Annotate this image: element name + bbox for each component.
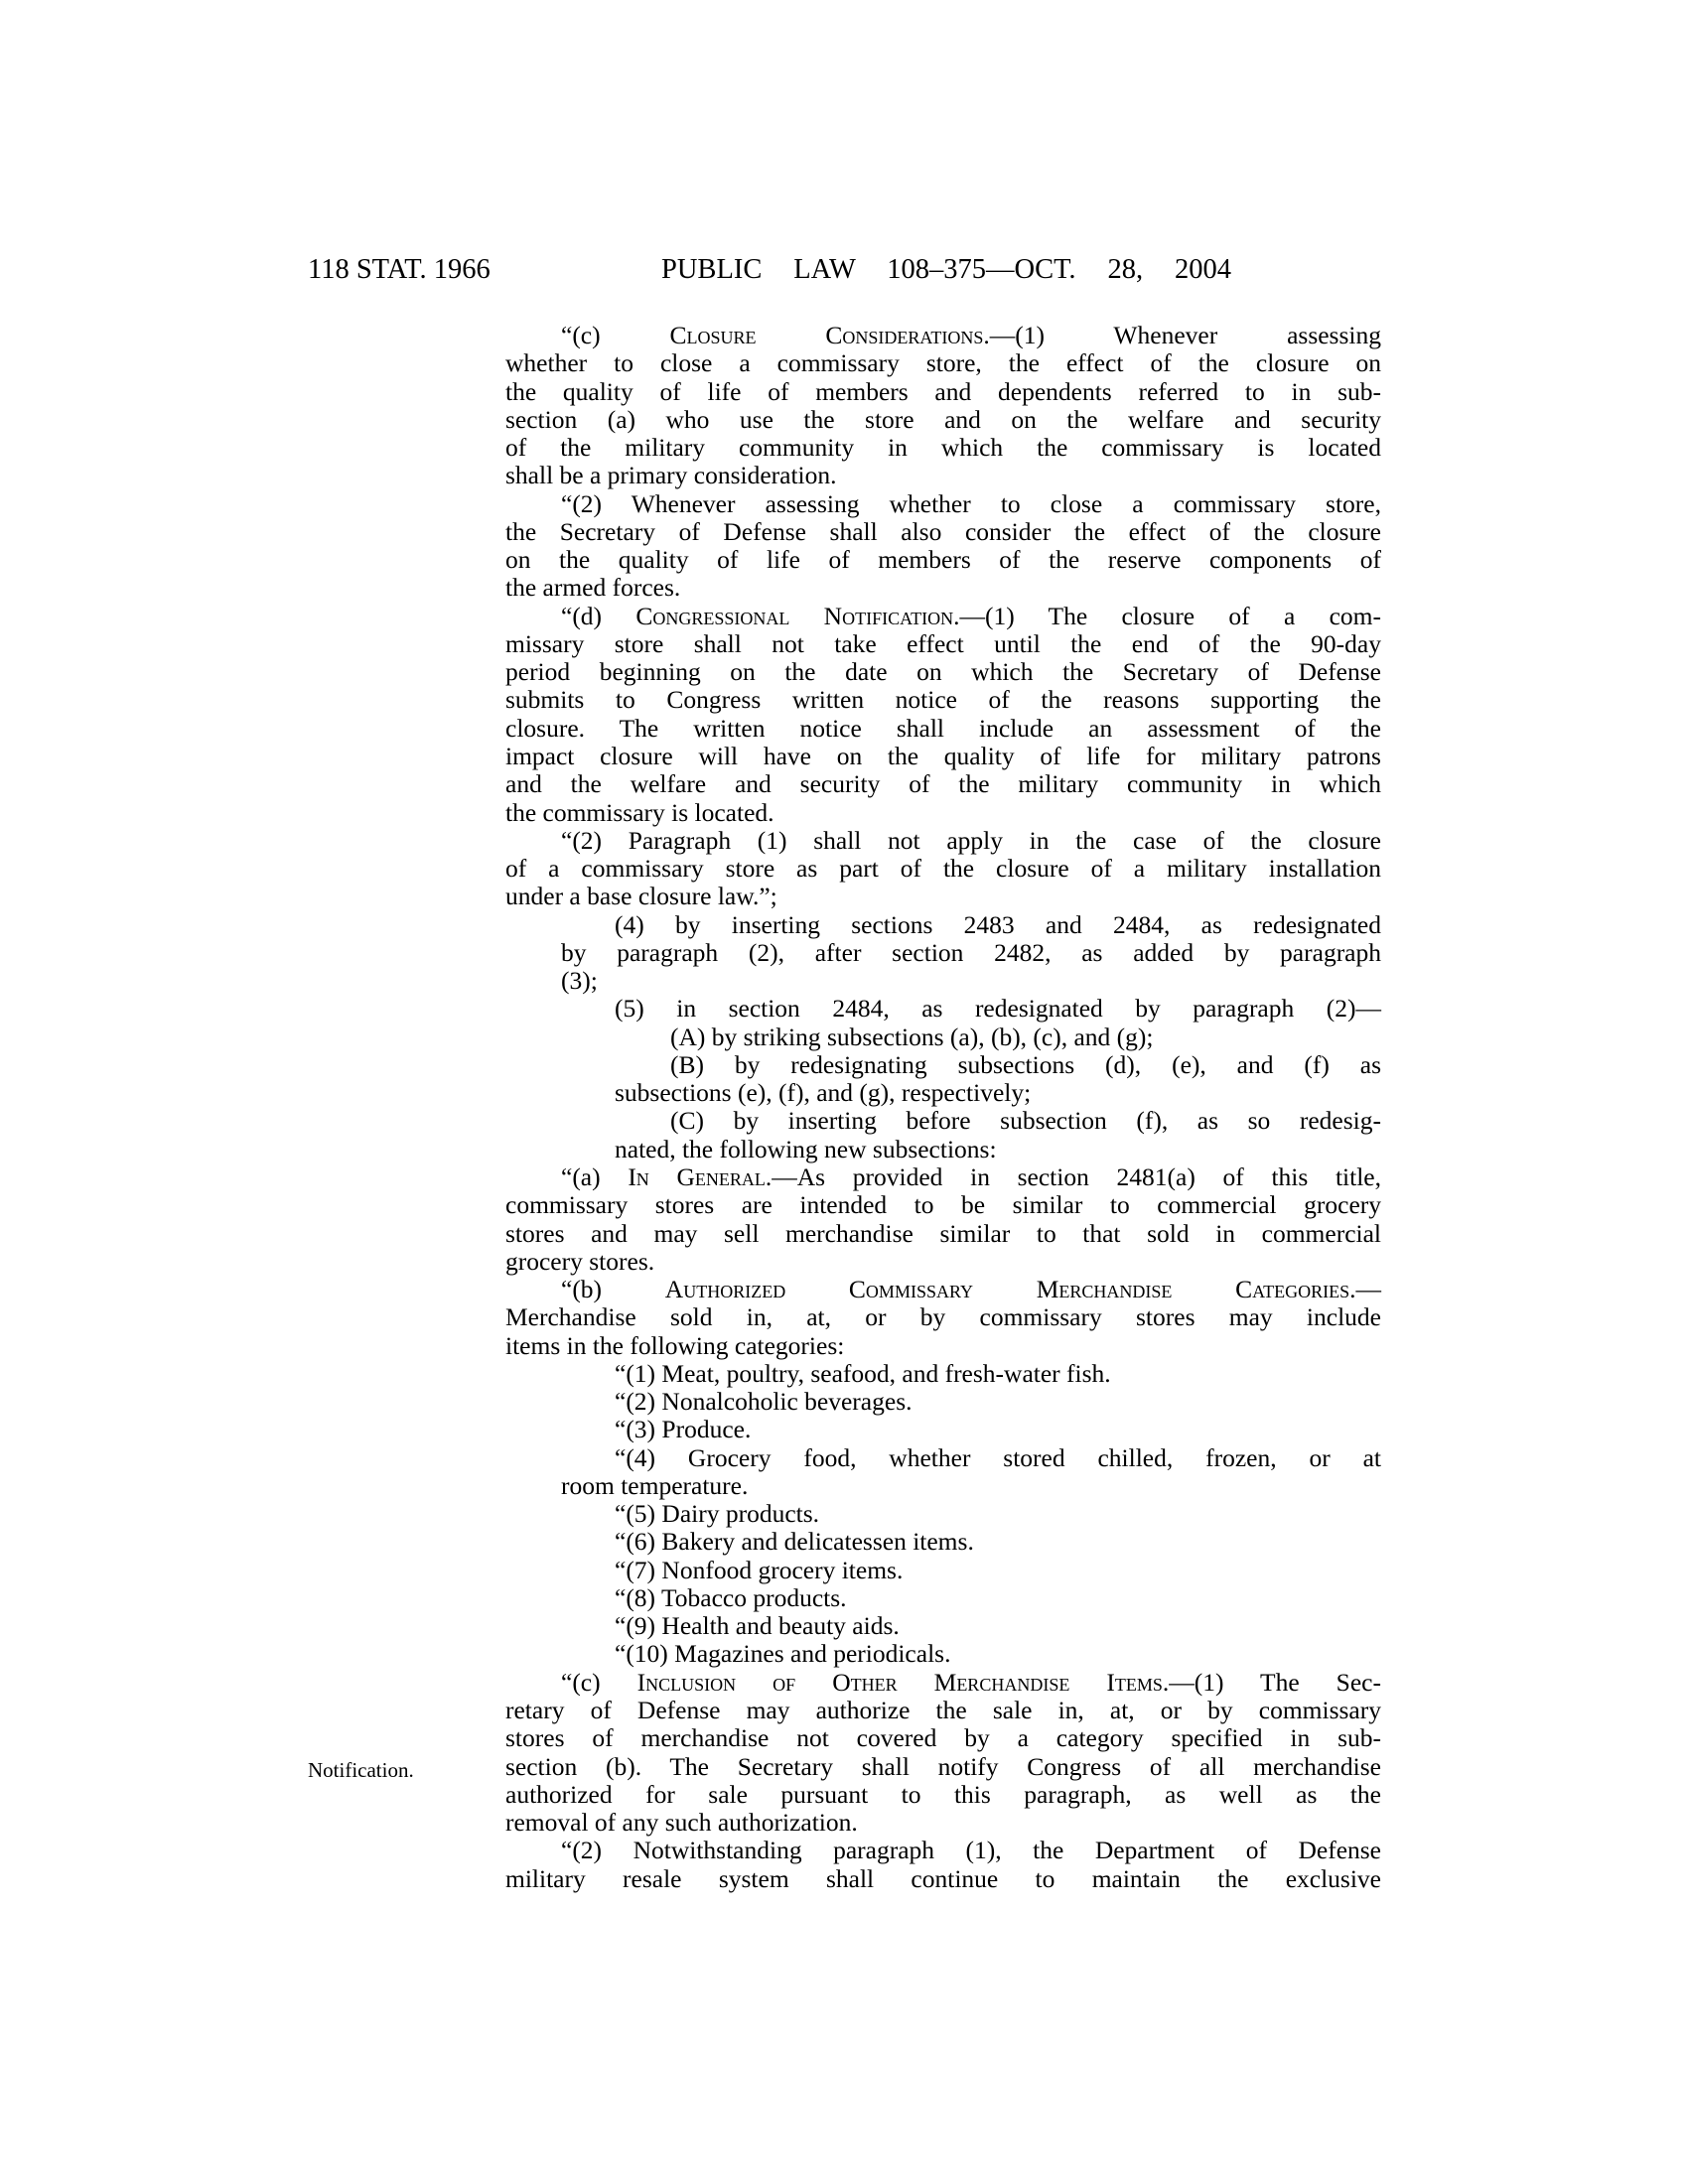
text-line: “(b) Authorized Commissary Merchandise C… (505, 1276, 1381, 1303)
category-list-item: “(6) Bakery and delicatessen items. (561, 1528, 1381, 1556)
text-line: of a commissary store as part of the clo… (505, 855, 1381, 883)
text-line: section (b). The Secretary shall notify … (505, 1753, 1381, 1781)
section-heading-smallcaps: Congressional Notification. (635, 602, 959, 630)
running-head-law-title: PUBLIC LAW 108–375—OCT. 28, 2004 (661, 254, 1231, 286)
text-line: missary store shall not take effect unti… (505, 630, 1381, 658)
statute-body-text: “(c) Closure Considerations.—(1) Wheneve… (0, 322, 1688, 1893)
text-line: (C) by inserting before subsection (f), … (615, 1107, 1381, 1135)
text-line: Merchandise sold in, at, or by commissar… (505, 1303, 1381, 1331)
text-line: military resale system shall continue to… (505, 1865, 1381, 1893)
text-line: section (a) who use the store and on the… (505, 406, 1381, 434)
text-line: retary of Defense may authorize the sale… (505, 1697, 1381, 1724)
line-prefix: “(a) (561, 1162, 628, 1191)
text-line: on the quality of life of members of the… (505, 546, 1381, 574)
statute-page-number: 118 STAT. 1966 (308, 254, 491, 286)
line-prefix: “(b) (561, 1275, 665, 1303)
text-line: under a base closure law.”; (505, 883, 1381, 910)
line-suffix: — (1356, 1275, 1382, 1303)
text-line: subsections (e), (f), and (g), respectiv… (615, 1079, 1381, 1107)
text-line: “(c) Closure Considerations.—(1) Wheneve… (505, 322, 1381, 349)
text-line: “(2) Paragraph (1) shall not apply in th… (505, 827, 1381, 855)
text-line: submits to Congress written notice of th… (505, 686, 1381, 714)
text-line: “(a) In General.—As provided in section … (505, 1163, 1381, 1191)
section-heading-smallcaps: Authorized Commissary Merchandise Catego… (665, 1275, 1356, 1303)
text-line: items in the following categories: (505, 1332, 1381, 1360)
category-list-item: “(2) Nonalcoholic beverages. (561, 1388, 1381, 1416)
text-line: of the military community in which the c… (505, 434, 1381, 462)
category-list-item: “(3) Produce. (561, 1416, 1381, 1443)
document-page: 118 STAT. 1966 PUBLIC LAW 108–375—OCT. 2… (0, 0, 1688, 2184)
text-line: the commissary is located. (505, 799, 1381, 827)
category-list-item: “(4) Grocery food, whether stored chille… (561, 1444, 1381, 1472)
text-line: by paragraph (2), after section 2482, as… (561, 939, 1381, 967)
text-line: shall be a primary consideration. (505, 462, 1381, 489)
text-line: “(c) Inclusion of Other Merchandise Item… (505, 1669, 1381, 1697)
category-list-item: “(1) Meat, poultry, seafood, and fresh-w… (561, 1360, 1381, 1388)
category-list-item: “(10) Magazines and periodicals. (561, 1640, 1381, 1668)
section-heading-smallcaps: In General. (628, 1162, 772, 1191)
text-line: “(2) Whenever assessing whether to close… (505, 490, 1381, 518)
line-suffix: —(1) The Sec- (1169, 1668, 1381, 1697)
text-line: nated, the following new subsections: (615, 1136, 1381, 1163)
text-line: stores and may sell merchandise similar … (505, 1220, 1381, 1248)
text-line: (4) by inserting sections 2483 and 2484,… (561, 911, 1381, 939)
text-line: removal of any such authorization. (505, 1809, 1381, 1837)
text-line: period beginning on the date on which th… (505, 658, 1381, 686)
text-line: the Secretary of Defense shall also cons… (505, 518, 1381, 546)
text-line: closure. The written notice shall includ… (505, 715, 1381, 743)
text-line: commissary stores are intended to be sim… (505, 1191, 1381, 1219)
category-list-item: “(5) Dairy products. (561, 1500, 1381, 1528)
text-line: stores of merchandise not covered by a c… (505, 1724, 1381, 1752)
text-line: authorized for sale pursuant to this par… (505, 1781, 1381, 1809)
category-list-item: “(7) Nonfood grocery items. (561, 1557, 1381, 1584)
text-line: room temperature. (561, 1472, 1381, 1500)
line-prefix: “(d) (561, 602, 635, 630)
text-line: whether to close a commissary store, the… (505, 349, 1381, 377)
category-list-item: “(8) Tobacco products. (561, 1584, 1381, 1612)
text-line: (B) by redesignating subsections (d), (e… (615, 1051, 1381, 1079)
text-line: (3); (561, 967, 1381, 995)
text-line: “(d) Congressional Notification.—(1) The… (505, 603, 1381, 630)
text-line: and the welfare and security of the mili… (505, 770, 1381, 798)
line-suffix: —(1) Whenever assessing (990, 321, 1381, 349)
line-prefix: “(c) (561, 321, 670, 349)
line-suffix: —(1) The closure of a com- (959, 602, 1381, 630)
section-heading-smallcaps: Closure Considerations. (670, 321, 990, 349)
line-prefix: “(c) (561, 1668, 637, 1697)
text-line: (5) in section 2484, as redesignated by … (561, 995, 1381, 1023)
text-line: grocery stores. (505, 1248, 1381, 1276)
text-line: (A) by striking subsections (a), (b), (c… (615, 1024, 1381, 1051)
text-line: impact closure will have on the quality … (505, 743, 1381, 770)
text-line: the quality of life of members and depen… (505, 378, 1381, 406)
line-suffix: —As provided in section 2481(a) of this … (772, 1162, 1381, 1191)
text-line: the armed forces. (505, 574, 1381, 602)
category-list-item: “(9) Health and beauty aids. (561, 1612, 1381, 1640)
text-line: “(2) Notwithstanding paragraph (1), the … (505, 1837, 1381, 1864)
section-heading-smallcaps: Inclusion of Other Merchandise Items. (637, 1668, 1170, 1697)
